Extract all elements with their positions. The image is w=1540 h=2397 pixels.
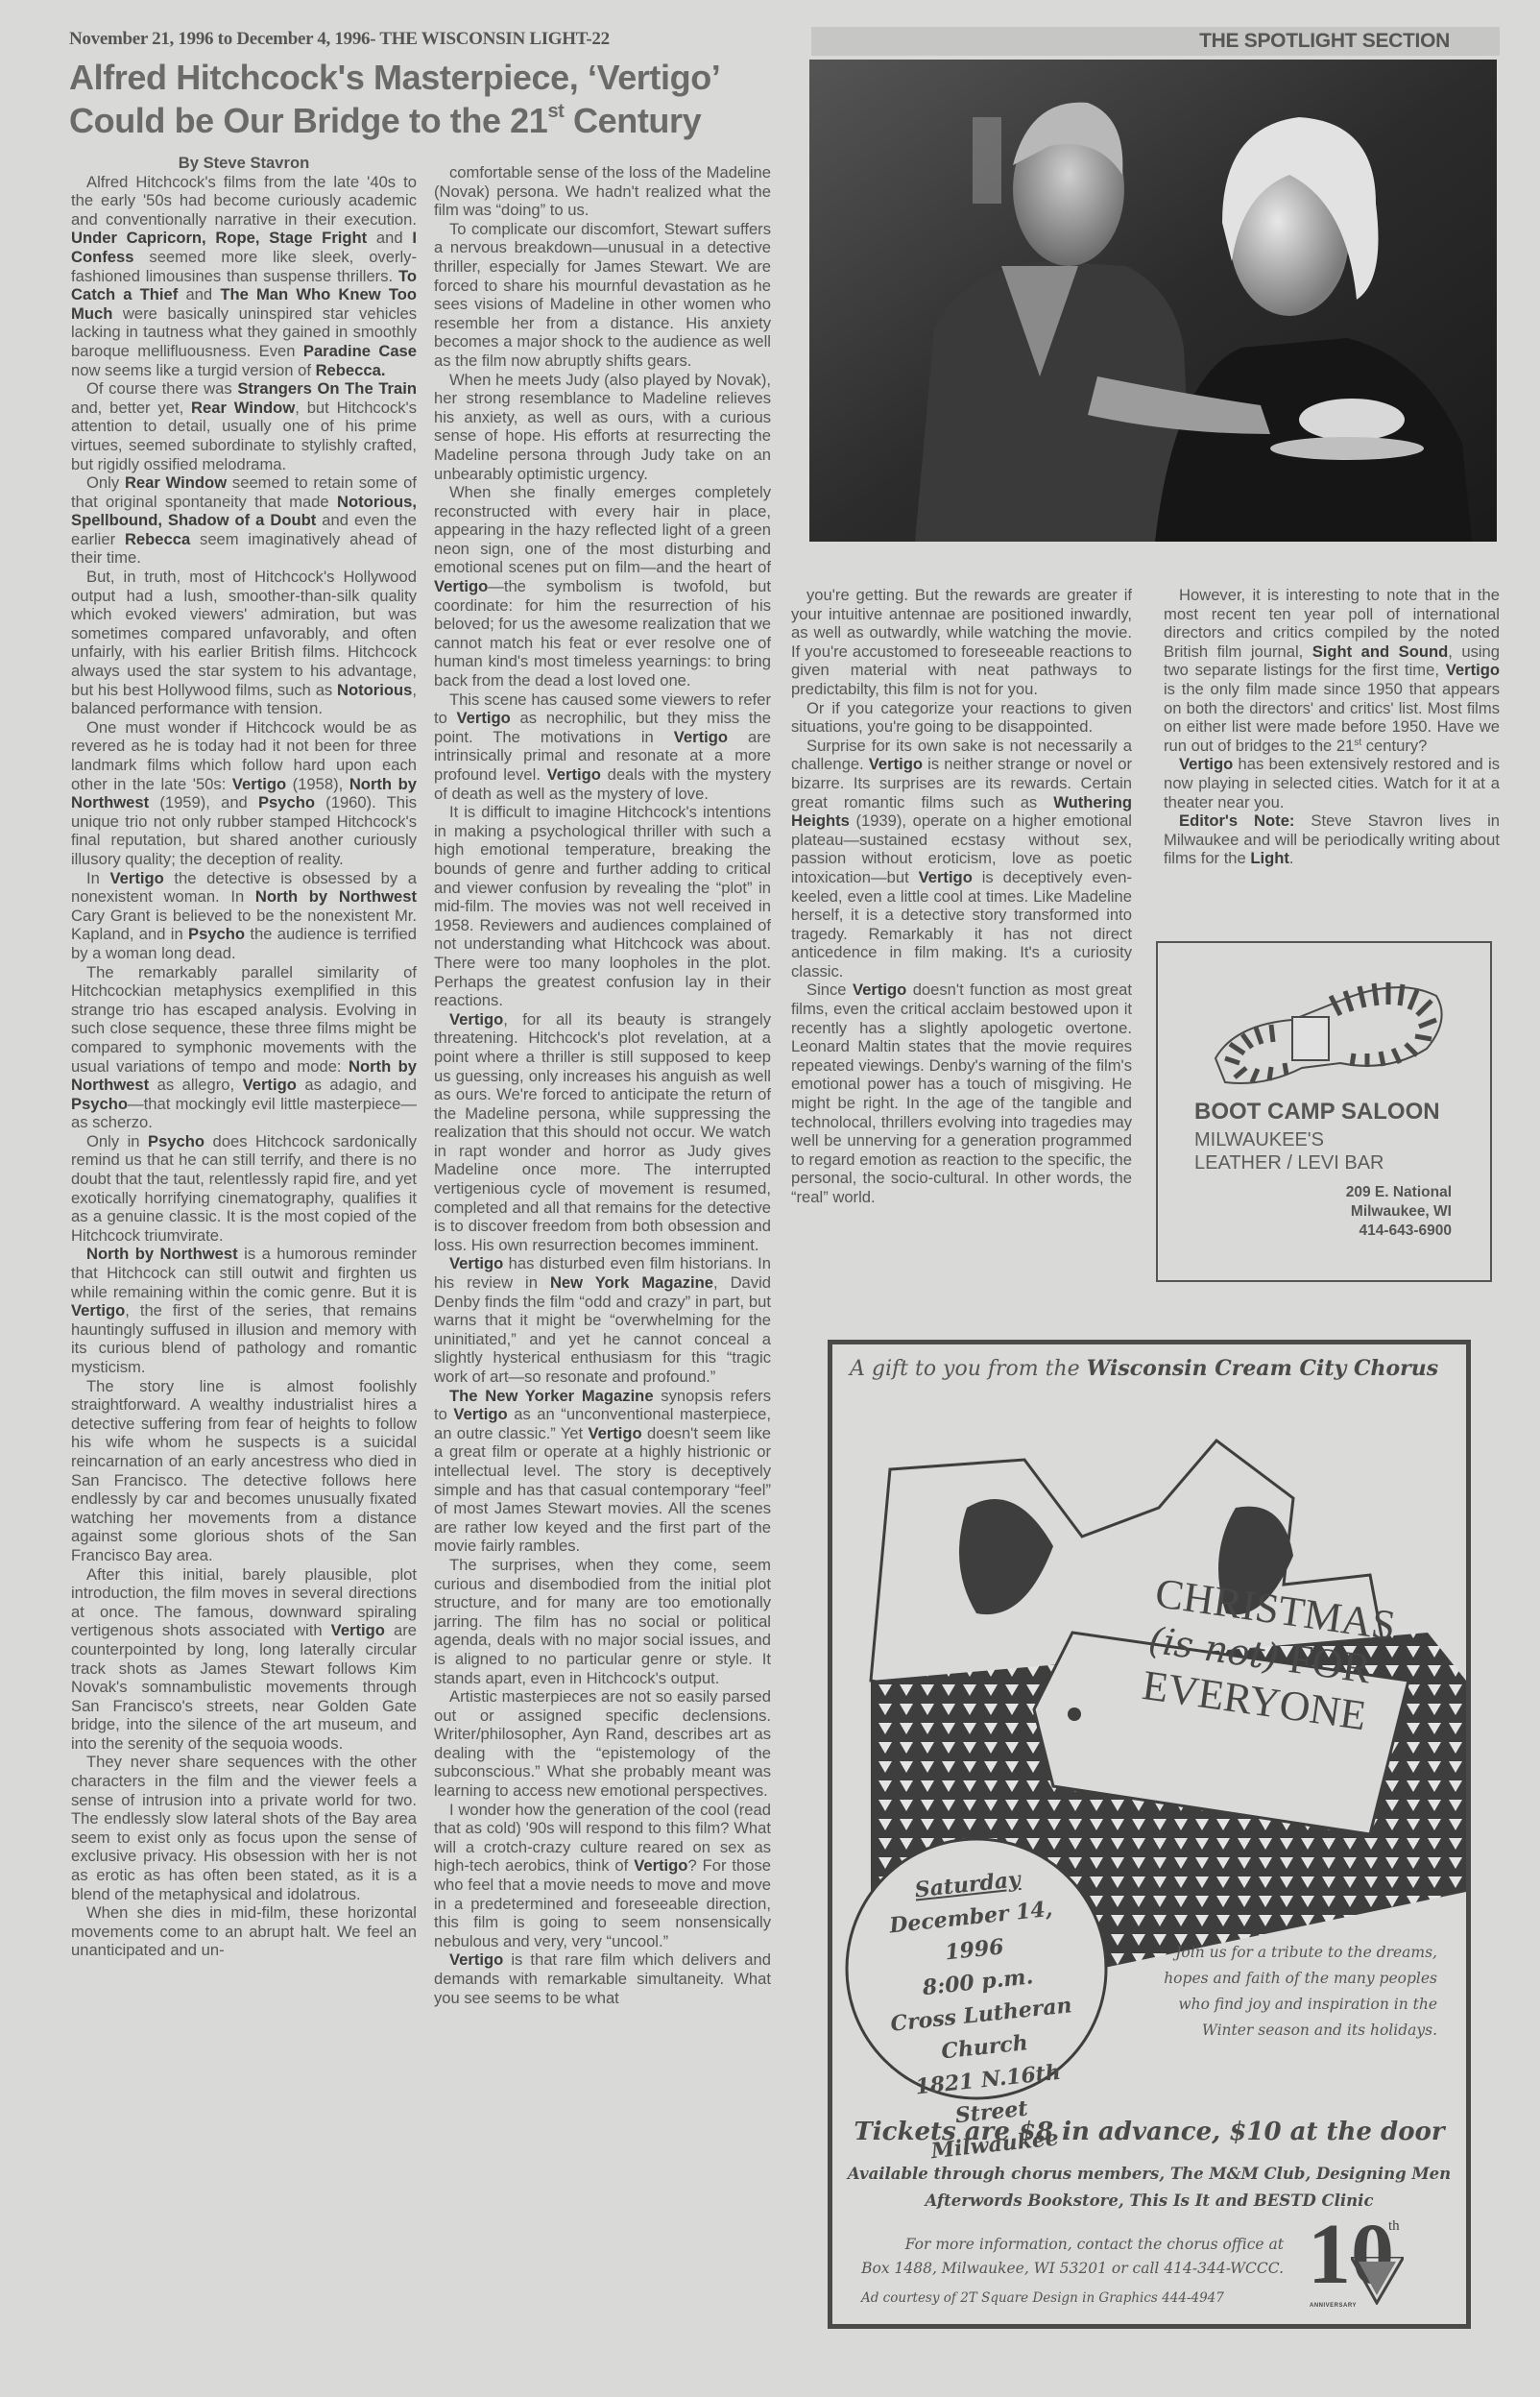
article-paragraph: To complicate our discomfort, Stewart su…	[434, 220, 771, 371]
chorus-concert-ad: A gift to you from the Wisconsin Cream C…	[828, 1340, 1471, 2329]
byline: By Steve Stavron	[71, 154, 417, 173]
vertigo-still-illustration	[809, 60, 1497, 542]
ticket-prices: Tickets are $8 in advance, $10 at the do…	[832, 2118, 1466, 2146]
column-1-body: Alfred Hitchcock's films from the late '…	[71, 173, 417, 1960]
bar-phone: 414-643-6900	[1346, 1222, 1452, 1241]
article-paragraph: They never share sequences with the othe…	[71, 1753, 417, 1903]
triangle-emblem-icon	[1351, 2257, 1404, 2305]
tenth-anniversary-logo: 10 th ANNIVERSARY	[1308, 2218, 1404, 2310]
article-paragraph: comfortable sense of the loss of the Mad…	[434, 163, 771, 220]
bar-address: 209 E. National Milwaukee, WI 414-643-69…	[1346, 1183, 1452, 1241]
article-paragraph: I wonder how the generation of the cool …	[434, 1801, 771, 1951]
article-paragraph: Only in Psycho does Hitchcock sardonical…	[71, 1132, 417, 1246]
article-paragraph: North by Northwest is a humorous reminde…	[71, 1245, 417, 1376]
film-still-photo	[809, 60, 1497, 542]
bar-tagline: MILWAUKEE'S LEATHER / LEVI BAR	[1194, 1128, 1384, 1174]
article-paragraph: you're getting. But the rewards are grea…	[791, 586, 1132, 699]
article-paragraph: Vertigo has disturbed even film historia…	[434, 1254, 771, 1386]
article-paragraph: The surprises, when they come, seem curi…	[434, 1556, 771, 1687]
bar-tagline-2: LEATHER / LEVI BAR	[1194, 1151, 1384, 1174]
article-paragraph: Since Vertigo doesn't function as most g…	[791, 981, 1132, 1206]
article-column-4: However, it is interesting to note that …	[1164, 586, 1500, 868]
gift-prefix: A gift to you from the	[850, 1357, 1087, 1381]
chorus-name: Wisconsin Cream City Chorus	[1087, 1356, 1438, 1381]
article-paragraph: After this initial, barely plausible, pl…	[71, 1565, 417, 1754]
contact-info: For more information, contact the chorus…	[852, 2233, 1284, 2281]
contact-line-1: For more information, contact the chorus…	[852, 2233, 1284, 2257]
article-paragraph: When she finally emerges completely reco…	[434, 483, 771, 690]
ad-courtesy: Ad courtesy of 2T Square Design in Graph…	[861, 2290, 1224, 2306]
bar-tagline-1: MILWAUKEE'S	[1194, 1128, 1384, 1151]
bar-name: BOOT CAMP SALOON	[1194, 1099, 1440, 1126]
section-banner: THE SPOTLIGHT SECTION	[811, 27, 1500, 56]
contact-line-2: Box 1488, Milwaukee, WI 53201 or call 41…	[852, 2257, 1284, 2281]
headline-superscript: st	[547, 101, 564, 122]
article-paragraph: The story line is almost foolishly strai…	[71, 1377, 417, 1565]
article-paragraph: Only Rear Window seemed to retain some o…	[71, 473, 417, 568]
article-paragraph: When she dies in mid-film, these horizon…	[71, 1903, 417, 1960]
boot-print-icon	[1196, 967, 1456, 1092]
article-paragraph: Editor's Note: Steve Stavron lives in Mi…	[1164, 811, 1500, 868]
article-paragraph: Of course there was Strangers On The Tra…	[71, 379, 417, 473]
article-paragraph: One must wonder if Hitchcock would be as…	[71, 718, 417, 869]
article-column-1: By Steve Stavron Alfred Hitchcock's film…	[71, 154, 417, 1960]
bar-city: Milwaukee, WI	[1346, 1202, 1452, 1222]
ticket-outlets-1: Available through chorus members, The M&…	[832, 2161, 1466, 2188]
article-paragraph: This scene has caused some viewers to re…	[434, 690, 771, 804]
article-paragraph: Or if you categorize your reactions to g…	[791, 699, 1132, 737]
headline-line1: Alfred Hitchcock's Masterpiece, ‘Vertigo…	[69, 56, 808, 99]
headline-line2: Could be Our Bridge to the 21st Century	[69, 99, 808, 142]
article-paragraph: In Vertigo the detective is obsessed by …	[71, 869, 417, 963]
article-paragraph: Surprise for its own sake is not necessa…	[791, 737, 1132, 981]
article-paragraph: But, in truth, most of Hitchcock's Holly…	[71, 568, 417, 718]
dateline: November 21, 1996 to December 4, 1996- T…	[69, 29, 610, 50]
anniversary-label: ANNIVERSARY	[1310, 2303, 1357, 2309]
article-paragraph: However, it is interesting to note that …	[1164, 586, 1500, 755]
article-paragraph: Artistic masterpieces are not so easily …	[434, 1687, 771, 1801]
article-column-3: you're getting. But the rewards are grea…	[791, 586, 1132, 1207]
join-us-text: Join us for a tribute to the dreams, hop…	[1159, 1940, 1437, 2044]
anniversary-suffix: th	[1388, 2218, 1400, 2235]
article-paragraph: When he meets Judy (also played by Novak…	[434, 371, 771, 484]
article-column-2: comfortable sense of the loss of the Mad…	[434, 163, 771, 2007]
gift-line: A gift to you from the Wisconsin Cream C…	[850, 1356, 1438, 1381]
headline-line2-text: Could be Our Bridge to the 21	[69, 101, 547, 140]
headline-line2-end: Century	[564, 101, 701, 140]
boot-camp-saloon-ad: BOOT CAMP SALOON MILWAUKEE'S LEATHER / L…	[1156, 941, 1492, 1282]
bar-street: 209 E. National	[1346, 1183, 1452, 1202]
article-paragraph: The remarkably parallel similarity of Hi…	[71, 963, 417, 1132]
article-paragraph: It is difficult to imagine Hitchcock's i…	[434, 803, 771, 1010]
headline: Alfred Hitchcock's Masterpiece, ‘Vertigo…	[69, 56, 808, 142]
article-paragraph: Alfred Hitchcock's films from the late '…	[71, 173, 417, 380]
article-paragraph: Vertigo has been extensively restored an…	[1164, 755, 1500, 811]
article-paragraph: The New Yorker Magazine synopsis refers …	[434, 1387, 771, 1556]
article-paragraph: Vertigo is that rare film which delivers…	[434, 1950, 771, 2007]
article-paragraph: Vertigo, for all its beauty is strangely…	[434, 1010, 771, 1255]
